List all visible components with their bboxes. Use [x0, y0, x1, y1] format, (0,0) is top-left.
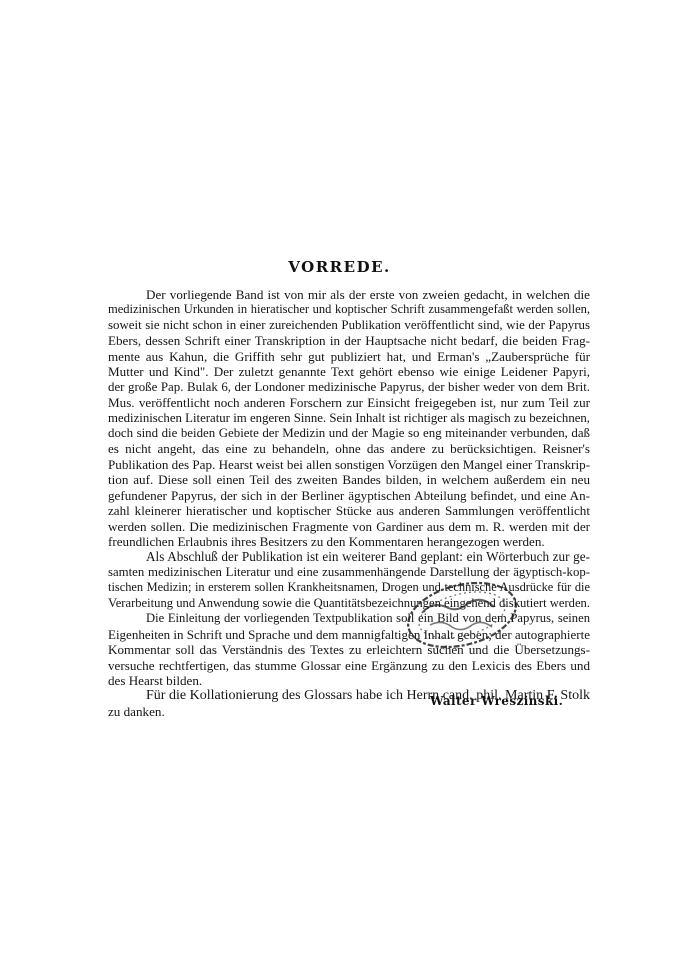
- text-line: doch sind die beiden Gebiete der Medizin…: [108, 426, 590, 441]
- text-line: mente aus Kahun, die Griffith sehr gut p…: [108, 349, 590, 364]
- text-line: Kommentar soll das Verständnis des Texte…: [108, 642, 590, 657]
- text-line: Verarbeitung und Anwendung sowie die Qua…: [108, 596, 590, 611]
- page-title: VORREDE.: [0, 258, 679, 276]
- text-line: Mutter und Kind". Der zuletzt genannte T…: [108, 364, 590, 379]
- text-line: Der vorliegende Band ist von mir als der…: [108, 287, 590, 302]
- text-line: soweit sie nicht schon in einer zureiche…: [108, 318, 590, 333]
- text-line: gefundener Papyrus, der sich in der Berl…: [108, 488, 590, 503]
- text-line: Eigenheiten in Schrift und Sprache und d…: [108, 627, 590, 642]
- preface-body: Der vorliegende Band ist von mir als der…: [108, 287, 590, 719]
- text-line: tion auf. Diese soll einen Teil des zwei…: [108, 472, 590, 487]
- text-line: Publikation des Pap. Hearst weist bei al…: [108, 457, 590, 472]
- text-line: des Hearst bilden.: [108, 673, 590, 688]
- text-line: Ebers, dessen Schrift einer Transkriptio…: [108, 333, 590, 348]
- text-line: werden sollen. Die medizinischen Fragmen…: [108, 519, 590, 534]
- text-line: Als Abschluß der Publikation ist ein wei…: [108, 549, 590, 564]
- text-line: zahl kleinerer hieratischer und koptisch…: [108, 503, 590, 518]
- text-line: Die Einleitung der vorliegenden Textpubl…: [108, 611, 590, 626]
- text-line: medizinischen Literatur im engeren Sinne…: [108, 411, 590, 426]
- text-line: versuche rechtfertigen, das stumme Gloss…: [108, 658, 590, 673]
- text-line: Mus. veröffentlicht noch anderen Forsche…: [108, 395, 590, 410]
- text-line: es nicht angeht, das eine zu behandeln, …: [108, 441, 590, 456]
- text-line: samten medizinischen Literatur und eine …: [108, 565, 590, 580]
- text-line: freundlichen Erlaubnis ihres Besitzers z…: [108, 534, 590, 549]
- document-page: VORREDE. Der vorliegende Band ist von mi…: [0, 0, 679, 961]
- text-line: tischen Medizin; in ersterem sollen Kran…: [108, 580, 590, 595]
- text-line: medizinischen Urkunden in hieratischer u…: [108, 302, 590, 317]
- text-line: der große Pap. Bulak 6, der Londoner med…: [108, 380, 590, 395]
- author-signature: Walter Wreszinski.: [430, 694, 563, 708]
